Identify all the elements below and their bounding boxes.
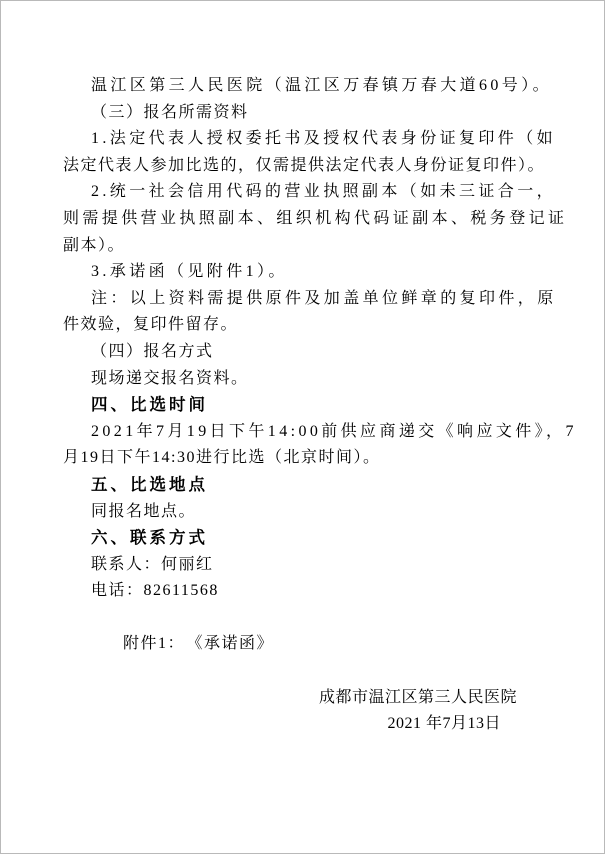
heading-contact: 六、联系方式 [63,525,559,552]
para-material-2-line-2: 则需提供营业执照副本、组织机构代码证副本、税务登记证 [63,206,559,233]
heading-selection-location: 五、比选地点 [63,472,559,499]
heading-selection-time: 四、比选时间 [63,392,559,419]
para-registration-method: 现场递交报名资料。 [63,366,559,393]
para-selection-location: 同报名地点。 [63,499,559,526]
document-page: 温江区第三人民医院（温江区万春镇万春大道60号）。 （三）报名所需资料 1.法定… [0,0,605,854]
para-note-line-2: 件效验，复印件留存。 [63,312,559,339]
subheading-registration-materials: （三）报名所需资料 [63,100,559,127]
para-note-line-1: 注：以上资料需提供原件及加盖单位鲜章的复印件，原 [63,286,559,313]
para-material-1-line-2: 法定代表人参加比选的，仅需提供法定代表人身份证复印件）。 [63,153,559,180]
para-venue-address: 温江区第三人民医院（温江区万春镇万春大道60号）。 [63,73,559,100]
para-selection-time-line-2: 月19日下午14:30进行比选（北京时间）。 [63,445,559,472]
para-material-1-line-1: 1.法定代表人授权委托书及授权代表身份证复印件（如 [63,126,559,153]
blank-line [63,658,559,685]
subheading-registration-method: （四）报名方式 [63,339,559,366]
document-content: 温江区第三人民医院（温江区万春镇万春大道60号）。 （三）报名所需资料 1.法定… [63,73,559,738]
para-contact-phone: 电话：82611568 [63,578,559,605]
attachment-reference: 附件1： 《承诺函》 [63,631,559,658]
signature-org: 成都市温江区第三人民医院 [63,685,559,712]
para-material-2-line-3: 副本）。 [63,233,559,260]
para-material-2-line-1: 2.统一社会信用代码的营业执照副本（如未三证合一， [63,179,559,206]
blank-line [63,605,559,632]
para-material-3: 3.承诺函（见附件1）。 [63,259,559,286]
para-contact-person: 联系人：何丽红 [63,552,559,579]
signature-date: 2021 年7月13日 [63,711,559,738]
para-selection-time-line-1: 2021年7月19日下午14:00前供应商递交《响应文件》，7 [63,419,559,446]
